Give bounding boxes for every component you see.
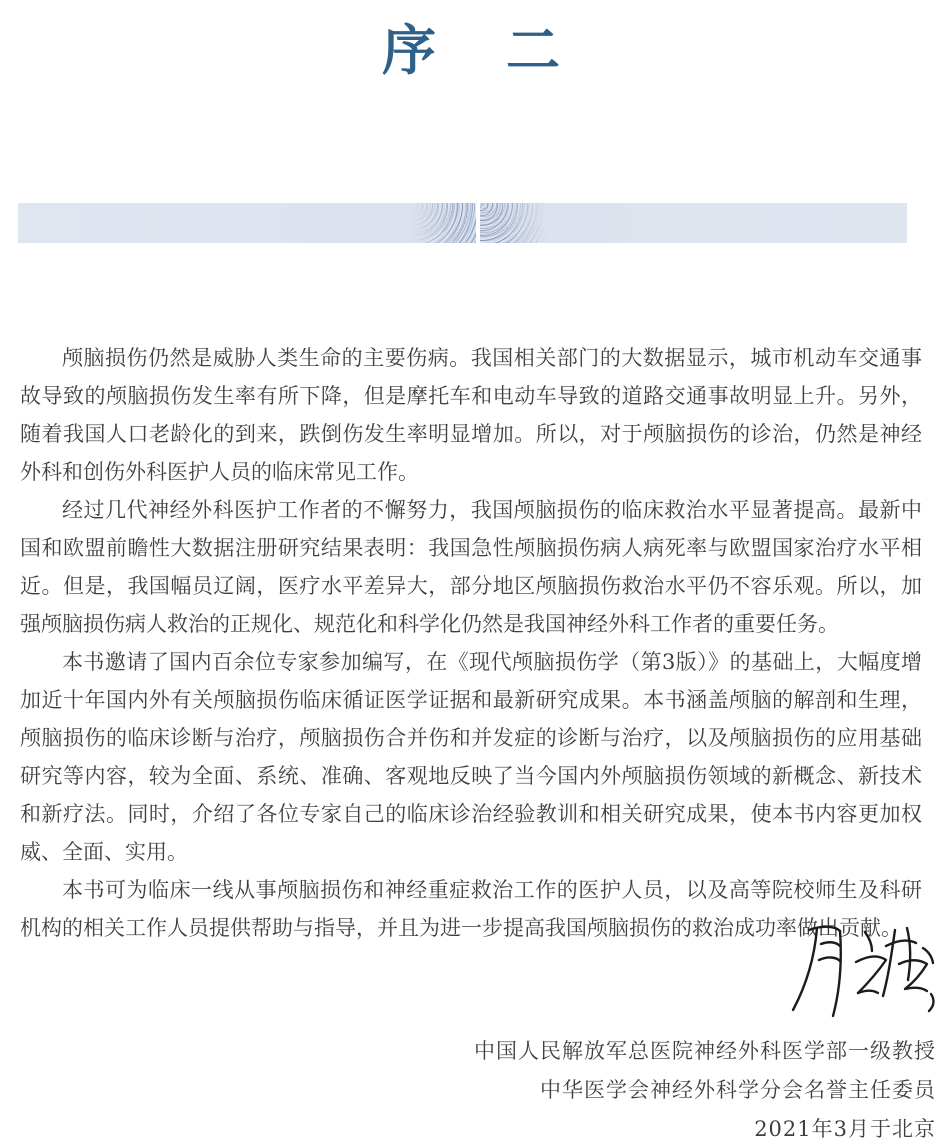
decorative-band <box>18 203 907 243</box>
page-title-char-1: 序 <box>382 8 436 85</box>
preface-page: 序 二 颅脑损伤仍然是威胁人类生命的主要伤病。我国相关部门的大数据显示，城市机动… <box>0 0 942 1147</box>
attribution-affiliation-1: 中国人民解放军总医院神经外科医学部一级教授 <box>474 1032 936 1071</box>
band-gap <box>476 202 480 244</box>
paragraph-2: 经过几代神经外科医护工作者的不懈努力，我国颅脑损伤的临床救治水平显著提高。最新中… <box>20 491 922 643</box>
handwritten-signature <box>783 918 941 1026</box>
frost-texture-left <box>410 203 476 243</box>
page-title: 序 二 <box>0 8 942 85</box>
signature-strokes <box>783 918 941 1026</box>
attribution-dateline: 2021年3月于北京 <box>474 1110 936 1147</box>
attribution-affiliation-2: 中华医学会神经外科学分会名誉主任委员 <box>474 1071 936 1110</box>
page-title-char-2: 二 <box>506 8 560 85</box>
paragraph-3: 本书邀请了国内百余位专家参加编写，在《现代颅脑损伤学（第3版）》的基础上，大幅度… <box>20 643 922 871</box>
preface-body: 颅脑损伤仍然是威胁人类生命的主要伤病。我国相关部门的大数据显示，城市机动车交通事… <box>20 339 922 947</box>
paragraph-1: 颅脑损伤仍然是威胁人类生命的主要伤病。我国相关部门的大数据显示，城市机动车交通事… <box>20 339 922 491</box>
attribution-block: 中国人民解放军总医院神经外科医学部一级教授 中华医学会神经外科学分会名誉主任委员… <box>474 1032 936 1147</box>
frost-texture-right <box>480 203 548 243</box>
